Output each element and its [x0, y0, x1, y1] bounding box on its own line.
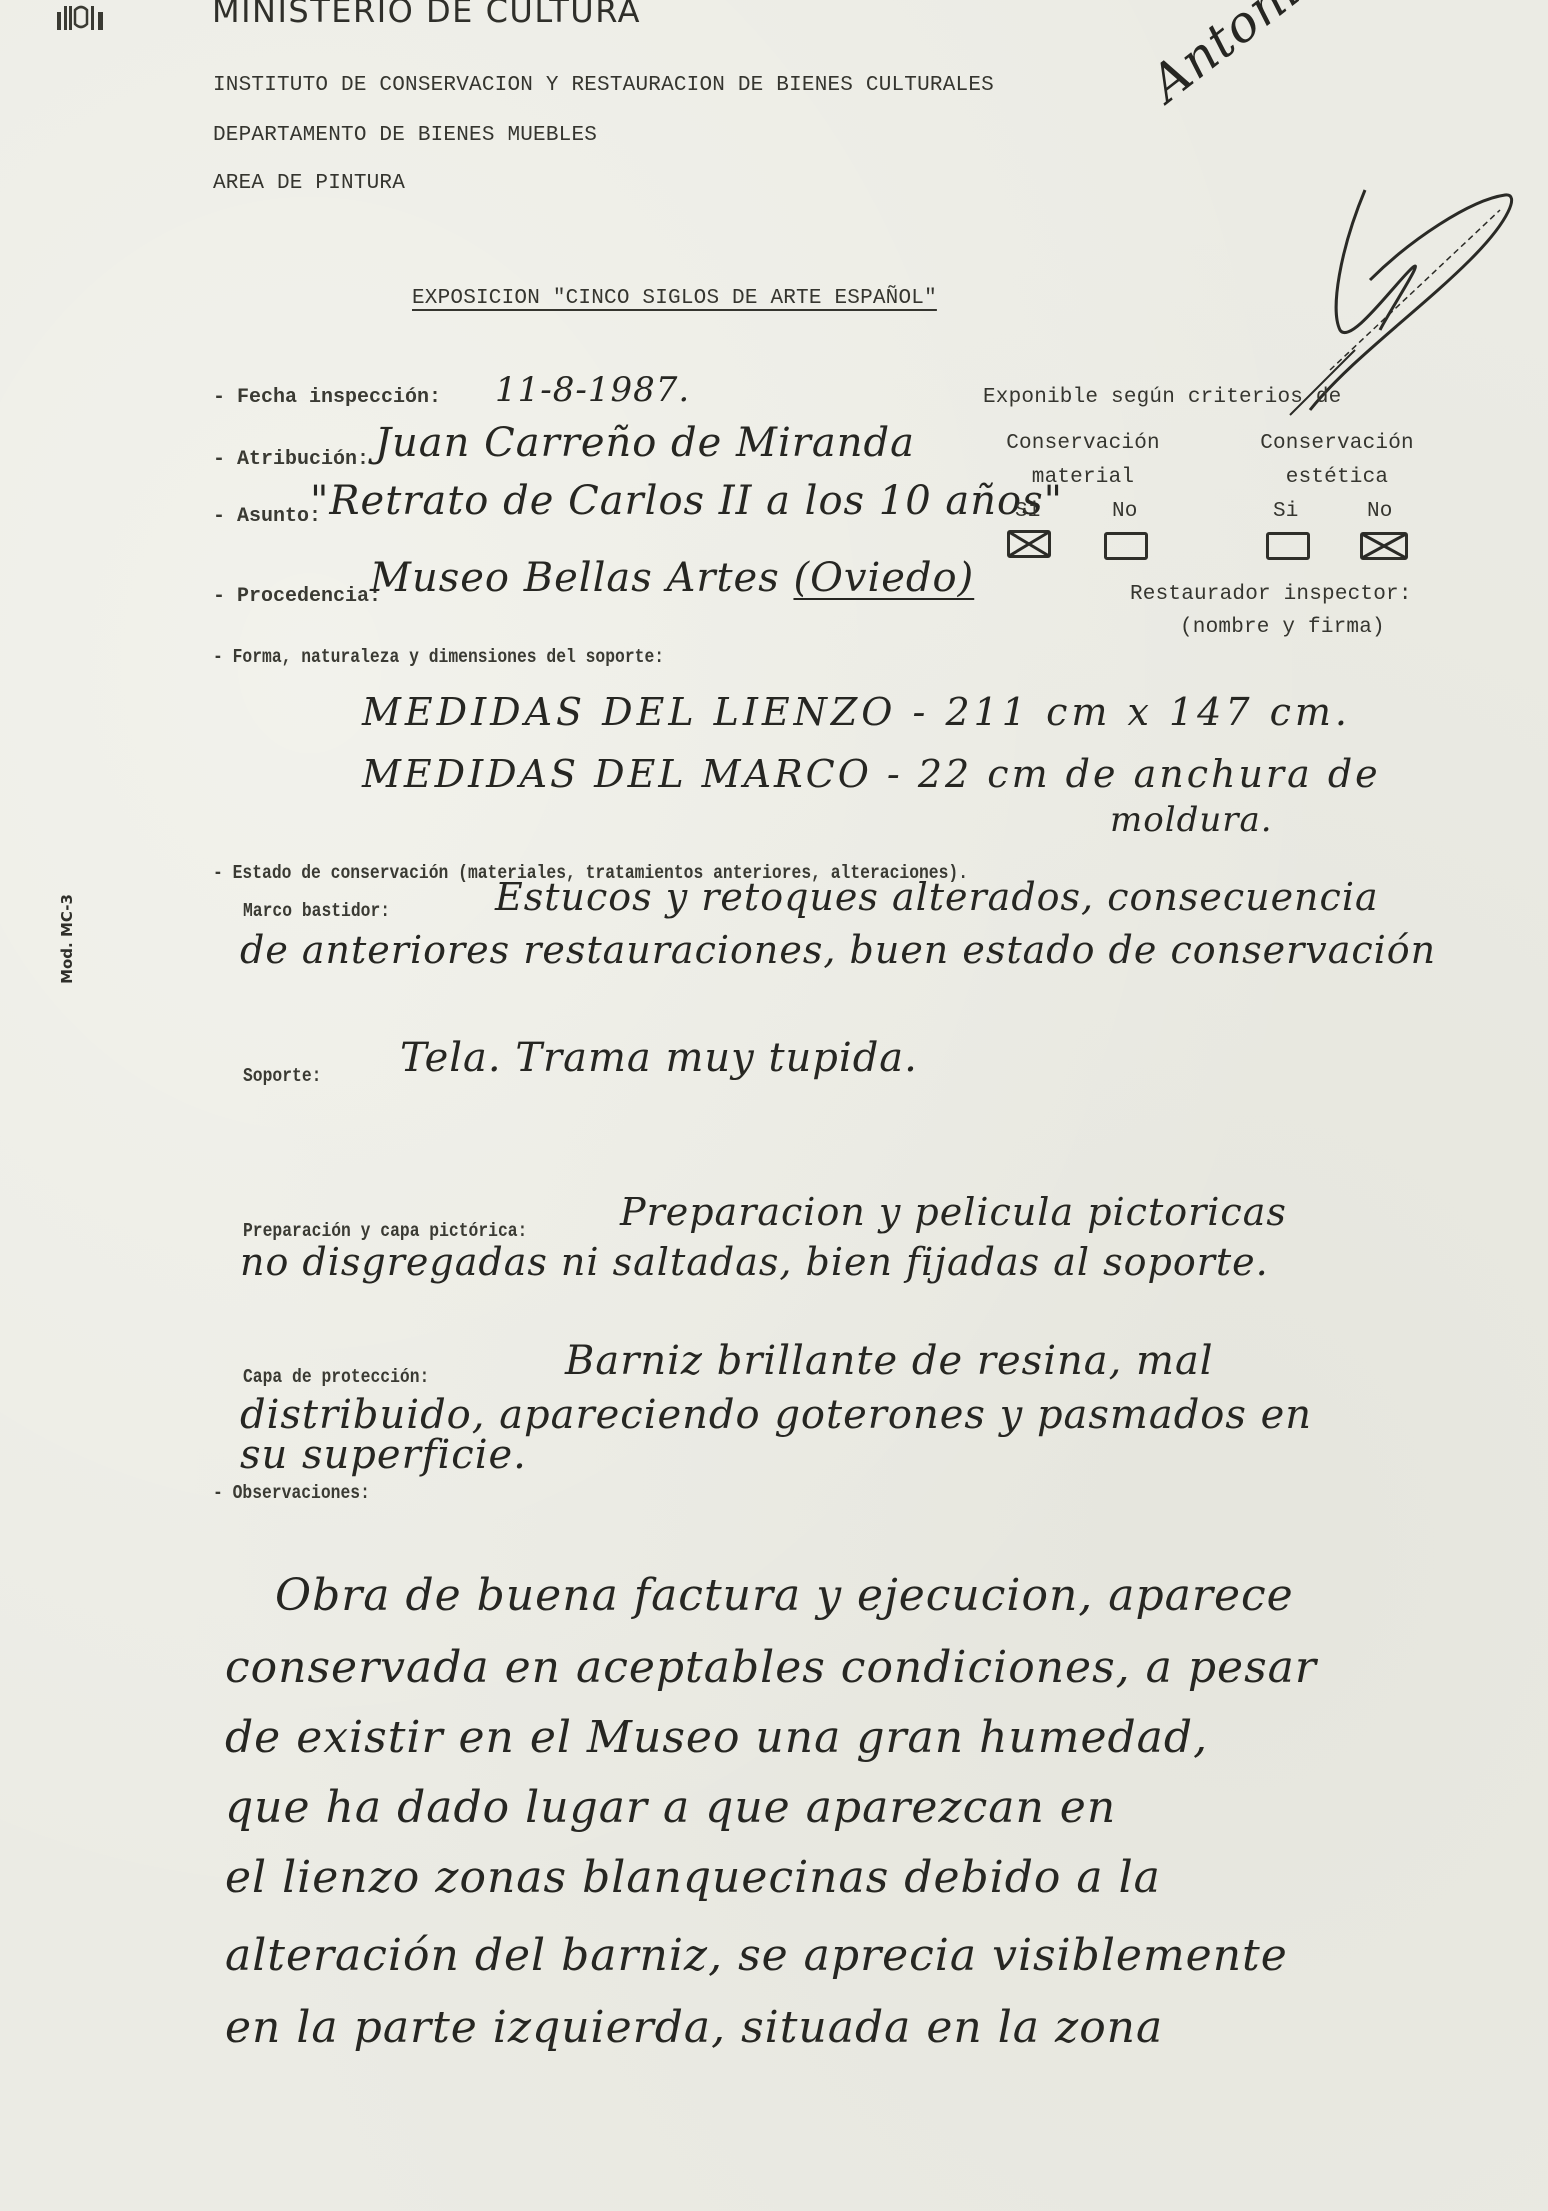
asunto-label: - Asunto: [213, 505, 321, 528]
x-mark-icon [1360, 532, 1408, 560]
material-no-checkbox[interactable] [1104, 532, 1148, 560]
procedencia-city: (Oviedo) [793, 555, 974, 601]
material-no-label: No [1112, 500, 1138, 523]
material-si-label: Si [1015, 500, 1041, 523]
observaciones-label: - Observaciones: [213, 1482, 370, 1504]
material-si-checkbox[interactable] [1007, 530, 1051, 558]
marco-label: Marco bastidor: [243, 900, 390, 922]
soporte-label: Soporte: [243, 1065, 321, 1087]
form-model-code: Mod. MC-3 [58, 894, 76, 984]
institute-line: INSTITUTO DE CONSERVACION Y RESTAURACION… [213, 74, 994, 97]
soporte-forma-label: - Forma, naturaleza y dimensiones del so… [213, 646, 664, 668]
inspector-signature: Antonio Perales [1139, 0, 1501, 113]
estetica-label-2: estética [1232, 466, 1442, 489]
procedencia-label: - Procedencia: [213, 585, 381, 608]
area-line: AREA DE PINTURA [213, 172, 405, 195]
fecha-label: - Fecha inspección: [213, 386, 441, 409]
procedencia-museum: Museo Bellas Artes [370, 555, 780, 601]
soporte-value[interactable]: Tela. Trama muy tupida. [400, 1035, 918, 1081]
observaciones-line-7[interactable]: en la parte izquierda, situada en la zon… [225, 2002, 1163, 2053]
asunto-value[interactable]: "Retrato de Carlos II a los 10 años" [310, 478, 1063, 524]
estetica-si-checkbox[interactable] [1266, 532, 1310, 560]
observaciones-line-3[interactable]: de existir en el Museo una gran humedad, [225, 1712, 1208, 1763]
marco-value-line-2[interactable]: de anteriores restauraciones, buen estad… [240, 928, 1436, 972]
marco-value-line-1[interactable]: Estucos y retoques alterados, consecuenc… [495, 875, 1379, 919]
restaurador-sub: (nombre y firma) [1180, 616, 1385, 639]
preparacion-value-line-1[interactable]: Preparacion y pelicula pictoricas [620, 1190, 1287, 1234]
observaciones-line-6[interactable]: alteración del barniz, se aprecia visibl… [225, 1930, 1288, 1981]
estetica-no-label: No [1367, 500, 1393, 523]
restaurador-label: Restaurador inspector: [1130, 583, 1412, 606]
exhibition-title: EXPOSICION "CINCO SIGLOS DE ARTE ESPAÑOL… [412, 287, 937, 310]
observaciones-line-1[interactable]: Obra de buena factura y ejecucion, apare… [275, 1570, 1294, 1621]
proteccion-label: Capa de protección: [243, 1366, 429, 1388]
x-mark-icon [1007, 530, 1051, 558]
observaciones-line-4[interactable]: que ha dado lugar a que aparezcan en [225, 1782, 1116, 1833]
procedencia-value[interactable]: Museo Bellas Artes (Oviedo) [370, 555, 974, 601]
atribucion-label: - Atribución: [213, 448, 369, 471]
observaciones-line-2[interactable]: conservada en aceptables condiciones, a … [225, 1642, 1317, 1693]
preparacion-value-line-2[interactable]: no disgregadas ni saltadas, bien fijadas… [240, 1240, 1269, 1284]
estetica-label-1: Conservación [1232, 432, 1442, 455]
medidas-marco[interactable]: MEDIDAS DEL MARCO - 22 cm de anchura de [362, 752, 1381, 796]
exponible-heading: Exponible según criterios de [983, 386, 1341, 409]
ministry-heading: MINISTERIO DE CULTURA [212, 0, 641, 30]
medidas-lienzo[interactable]: MEDIDAS DEL LIENZO - 211 cm x 147 cm. [362, 690, 1351, 734]
fecha-value[interactable]: 11-8-1987. [495, 370, 690, 410]
observaciones-line-5[interactable]: el lienzo zonas blanquecinas debido a la [225, 1852, 1161, 1903]
proteccion-value-line-1[interactable]: Barniz brillante de resina, mal [565, 1338, 1214, 1384]
proteccion-value-line-3[interactable]: su superficie. [240, 1432, 527, 1478]
estetica-no-checkbox[interactable] [1360, 532, 1408, 560]
material-label-1: Conservación [983, 432, 1183, 455]
medidas-marco-cont[interactable]: moldura. [1110, 800, 1273, 840]
atribucion-value[interactable]: Juan Carreño de Miranda [375, 420, 915, 466]
department-line: DEPARTAMENTO DE BIENES MUEBLES [213, 124, 597, 147]
coat-of-arms-icon [55, 2, 107, 32]
material-label-2: material [983, 466, 1183, 489]
estetica-si-label: Si [1273, 500, 1299, 523]
preparacion-label: Preparación y capa pictórica: [243, 1220, 527, 1242]
